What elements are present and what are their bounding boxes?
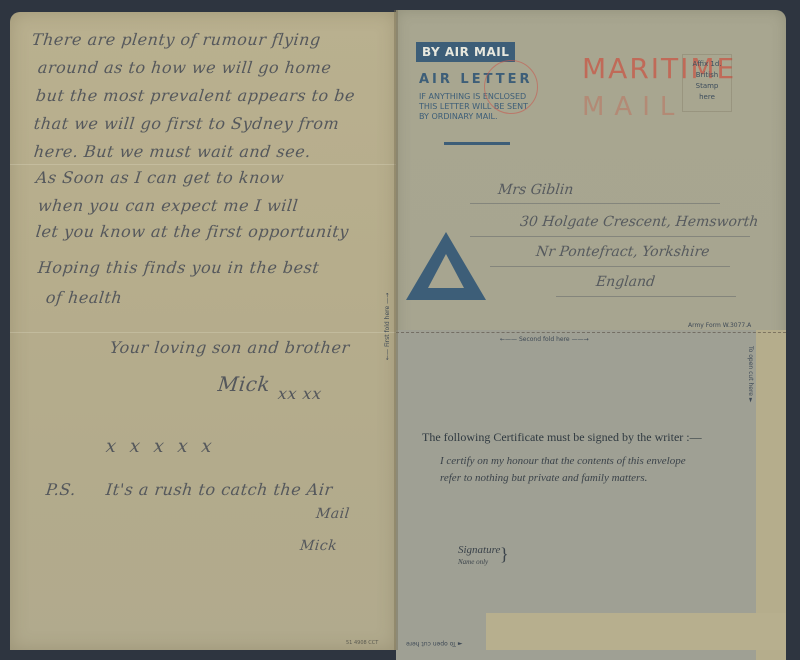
address-rule [556,296,736,297]
postmark-mail: MAIL [582,92,684,122]
address-line-2: Nr Pontefract, Yorkshire [535,244,710,260]
second-fold-line [396,332,786,333]
fold-crease [10,164,396,165]
first-fold-label: ←— First fold here —→ [384,293,391,360]
stamp-box: Affix 1d. British Stamp here [682,54,732,112]
letter-line: As Soon as I can get to know [35,168,285,187]
fold-crease [10,332,396,333]
inner-flap [396,330,756,660]
letter-line: when you can expect me I will [37,196,299,215]
letter-line: around as to how we will go home [37,58,332,77]
address-rule [470,203,720,204]
letter-line: Hoping this finds you in the best [37,258,320,277]
signature-sublabel: Name only [458,558,488,566]
flap-edge [756,330,786,660]
signature-brace: } [500,544,509,565]
arrow-left-icon: ←— [384,349,391,360]
second-fold-text: Second fold here [519,336,570,343]
recipient-name: Mrs Giblin [497,182,574,198]
address-line-1: 30 Holgate Crescent, Hemsworth [519,214,759,230]
letter-kisses: xx xx [277,384,323,403]
arrow-right-icon: —→ [384,293,391,304]
letter-line: let you know at the first opportunity [35,222,350,241]
arrow-icon: ◄ [458,640,463,647]
postmark-circle [484,60,538,114]
address-line-3: England [595,274,656,290]
signature-label: Signature [458,544,500,556]
second-fold-label: ←—— Second fold here ——→ [500,336,589,343]
letter-line: of health [45,288,123,307]
letter-signature: Mick [217,372,272,396]
letter-closing: Your loving son and brother [109,338,351,357]
by-air-mail-badge: BY AIR MAIL [416,42,515,62]
letter-line: There are plenty of rumour flying [31,30,322,49]
handwritten-letter-page: There are plenty of rumour flying around… [10,12,396,650]
arrow-left-icon: ←—— [500,336,517,343]
footer-code: 51 4908 CCT [346,640,378,646]
blue-divider [444,142,510,145]
letter-kisses-row: x x x x x [105,436,217,457]
address-rule [470,236,750,237]
certificate-title: The following Certificate must be signed… [422,430,702,445]
ps-text-continued: Mail [315,506,350,522]
stamp-box-line: Affix 1d. [683,59,731,70]
to-open-bottom-text: To open cut here [406,640,456,647]
stamp-box-line: Stamp [683,81,731,92]
arrow-down-icon: ► [747,398,754,403]
letter-line: here. But we must wait and see. [33,142,312,161]
address-rule [490,266,730,267]
arrow-right-icon: ——→ [572,336,589,343]
letter-line: that we will go first to Sydney from [33,114,340,133]
triangle-icon [404,230,488,304]
center-fold-spine [394,10,398,650]
stamp-box-line: here [683,92,731,103]
certificate-line: refer to nothing but private and family … [440,470,686,487]
certificate-body: I certify on my honour that the contents… [440,453,686,487]
ps-text: It's a rush to catch the Air [105,480,334,499]
flap-bottom-strip [486,613,786,650]
first-fold-text: First fold here [384,306,391,347]
to-open-bottom-label: ◄ To open cut here [406,640,463,647]
certificate-line: I certify on my honour that the contents… [440,453,686,470]
ps-label: P.S. [45,480,77,499]
to-open-right-label: To open cut here ► [747,346,754,403]
air-letter-form: BY AIR MAIL AIR LETTER IF ANYTHING IS EN… [396,10,786,650]
ps-signature: Mick [299,538,338,554]
stamp-box-line: British [683,70,731,81]
letter-line: but the most prevalent appears to be [35,86,356,105]
form-number: Army Form W.3077.A [688,322,751,329]
to-open-right-text: To open cut here [747,346,754,396]
